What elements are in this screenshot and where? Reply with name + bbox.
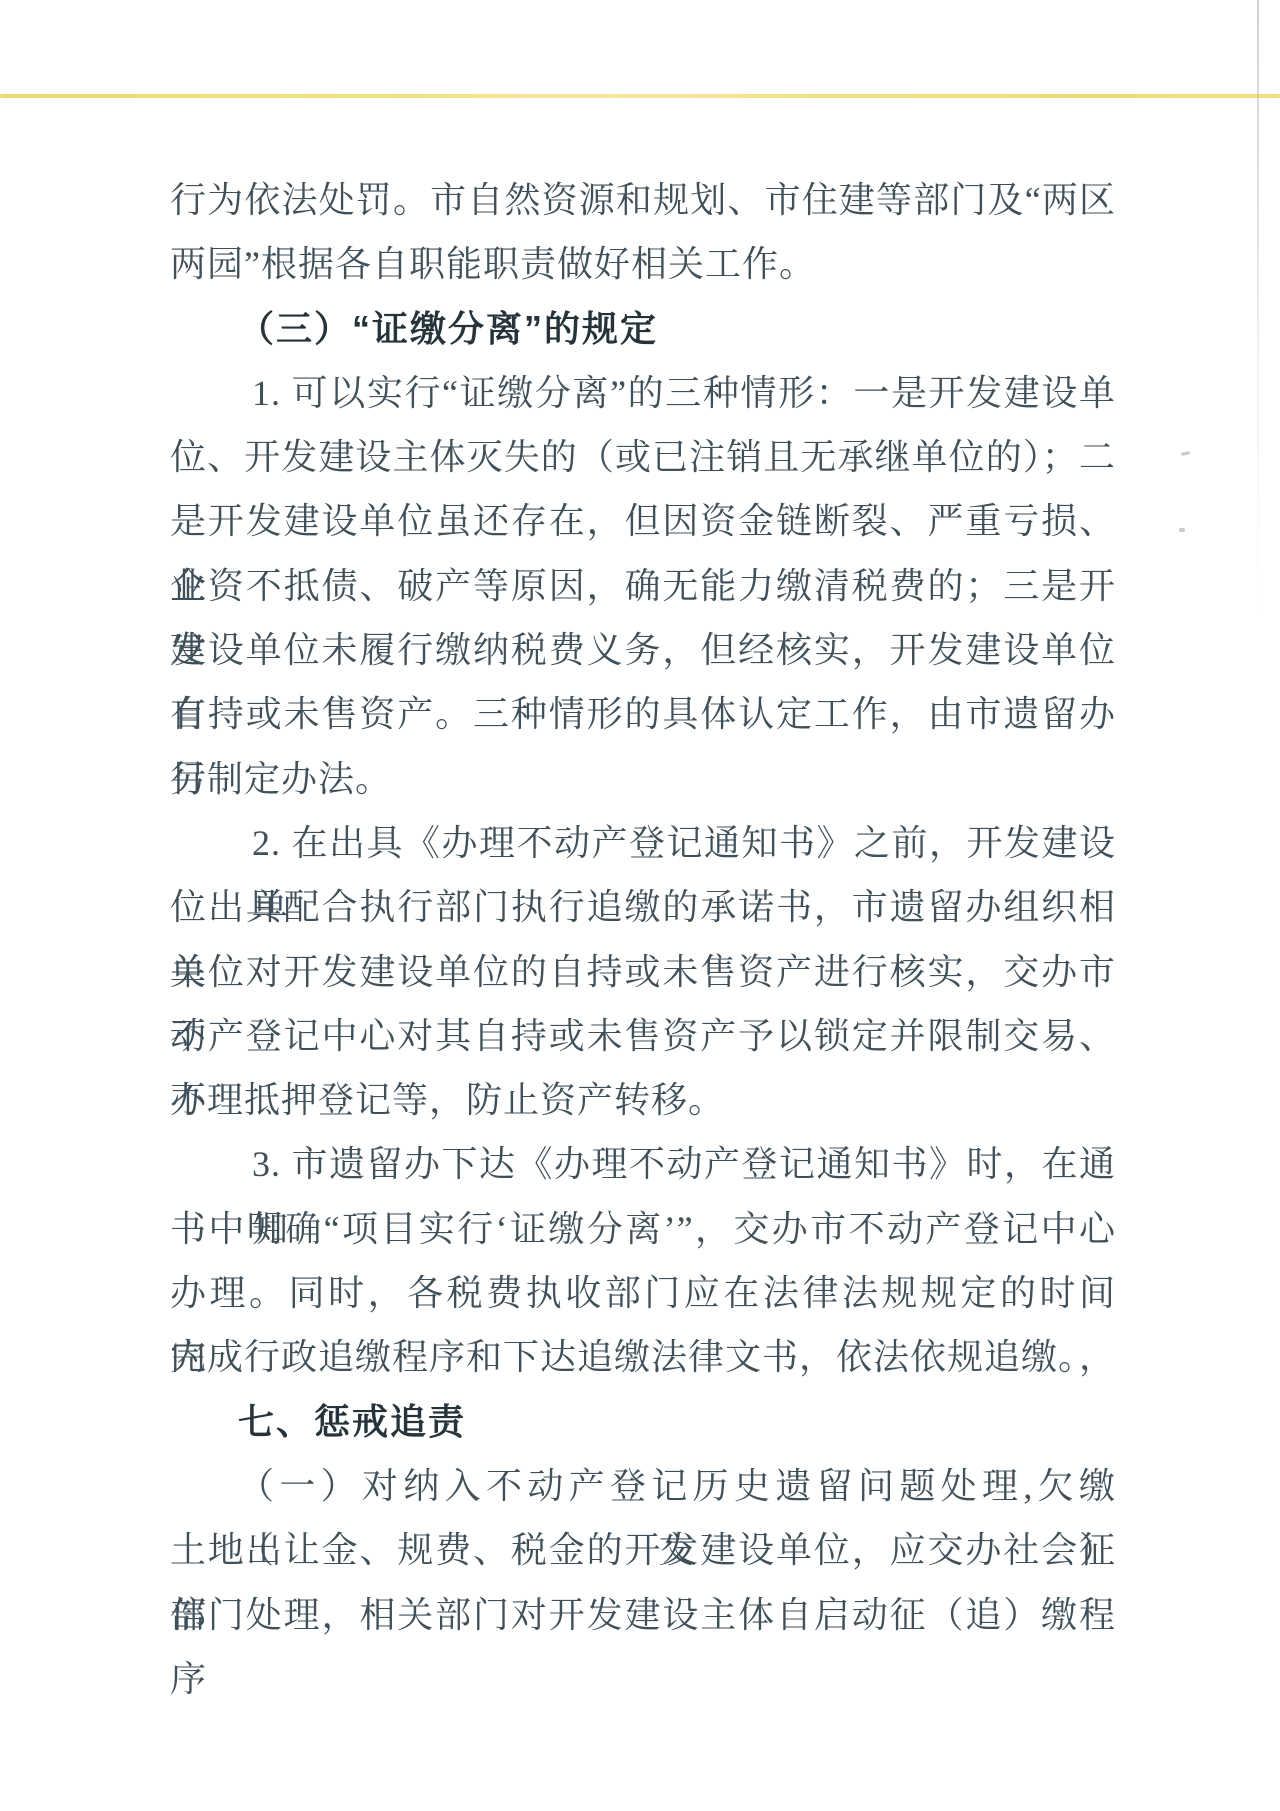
text-line: 建设单位未履行缴纳税费义务，但经核实，开发建设单位有 xyxy=(170,618,1116,682)
text-line: （一）对纳入不动产登记历史遗留问题处理,欠缴（交） xyxy=(170,1454,1116,1518)
text-line: 完成行政追缴程序和下达追缴法律文书，依法依规追缴。 xyxy=(170,1325,1116,1389)
scan-artifact-speck xyxy=(1181,451,1190,456)
text-line: 位、开发建设主体灭失的（或已注销且无承继单位的）；二 xyxy=(170,425,1116,489)
section-heading: 七、惩戒追责 xyxy=(170,1390,1116,1454)
text-line: 土地出让金、规费、税金的开发建设单位，应交办社会征信 xyxy=(170,1518,1116,1582)
document-body: 行为依法处罚。市自然资源和规划、市住建等部门及“两区两园”根据各自职能职责做好相… xyxy=(170,168,1116,1647)
text-line: 位出具配合执行部门执行追缴的承诺书，市遗留办组织相关 xyxy=(170,875,1116,939)
text-line: 自持或未售资产。三种情形的具体认定工作，由市遗留办另 xyxy=(170,682,1116,746)
text-line: 3. 市遗留办下达《办理不动产登记通知书》时，在通知 xyxy=(170,1132,1116,1196)
text-line: 办理抵押登记等，防止资产转移。 xyxy=(170,1068,1116,1132)
scan-artifact-vertical-line xyxy=(1257,0,1259,620)
text-line: 行为依法处罚。市自然资源和规划、市住建等部门及“两区 xyxy=(170,168,1116,232)
text-line: 单位对开发建设单位的自持或未售资产进行核实，交办市不 xyxy=(170,940,1116,1004)
text-line: 业资不抵债、破产等原因，确无能力缴清税费的；三是开发 xyxy=(170,554,1116,618)
text-line: 书中明确“项目实行‘证缴分离’”，交办市不动产登记中心 xyxy=(170,1197,1116,1261)
text-line: 是开发建设单位虽还存在，但因资金链断裂、严重亏损、企 xyxy=(170,489,1116,553)
text-line: 行制定办法。 xyxy=(170,747,1116,811)
document-page: 行为依法处罚。市自然资源和规划、市住建等部门及“两区两园”根据各自职能职责做好相… xyxy=(0,0,1280,1811)
scan-artifact-speck xyxy=(1179,528,1185,532)
text-line: 部门处理，相关部门对开发建设主体自启动征（追）缴程序 xyxy=(170,1583,1116,1647)
text-line: 动产登记中心对其自持或未售资产予以锁定并限制交易、不 xyxy=(170,1004,1116,1068)
top-accent-line xyxy=(0,94,1280,98)
section-heading: （三）“证缴分离”的规定 xyxy=(170,297,1116,361)
text-line: 办理。同时，各税费执收部门应在法律法规规定的时间内， xyxy=(170,1261,1116,1325)
text-line: 2. 在出具《办理不动产登记通知书》之前，开发建设单 xyxy=(170,811,1116,875)
text-line: 两园”根据各自职能职责做好相关工作。 xyxy=(170,232,1116,296)
text-line: 1. 可以实行“证缴分离”的三种情形：一是开发建设单 xyxy=(170,361,1116,425)
